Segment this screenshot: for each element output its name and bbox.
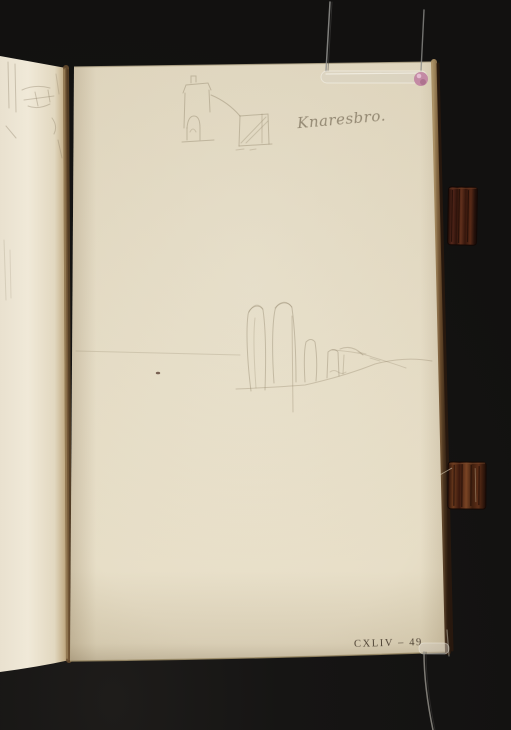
stamp-text: CXLIV – 49 [354,637,423,650]
sketchbook-page [70,62,447,661]
sketchbook-photo: Knaresbro. CXLIV – 49 [0,0,511,730]
pink-bead [414,72,428,86]
paper-speck [156,372,160,375]
photo-artwork [0,0,511,730]
clasp-bottom [448,462,486,509]
clasp-top [447,187,477,245]
